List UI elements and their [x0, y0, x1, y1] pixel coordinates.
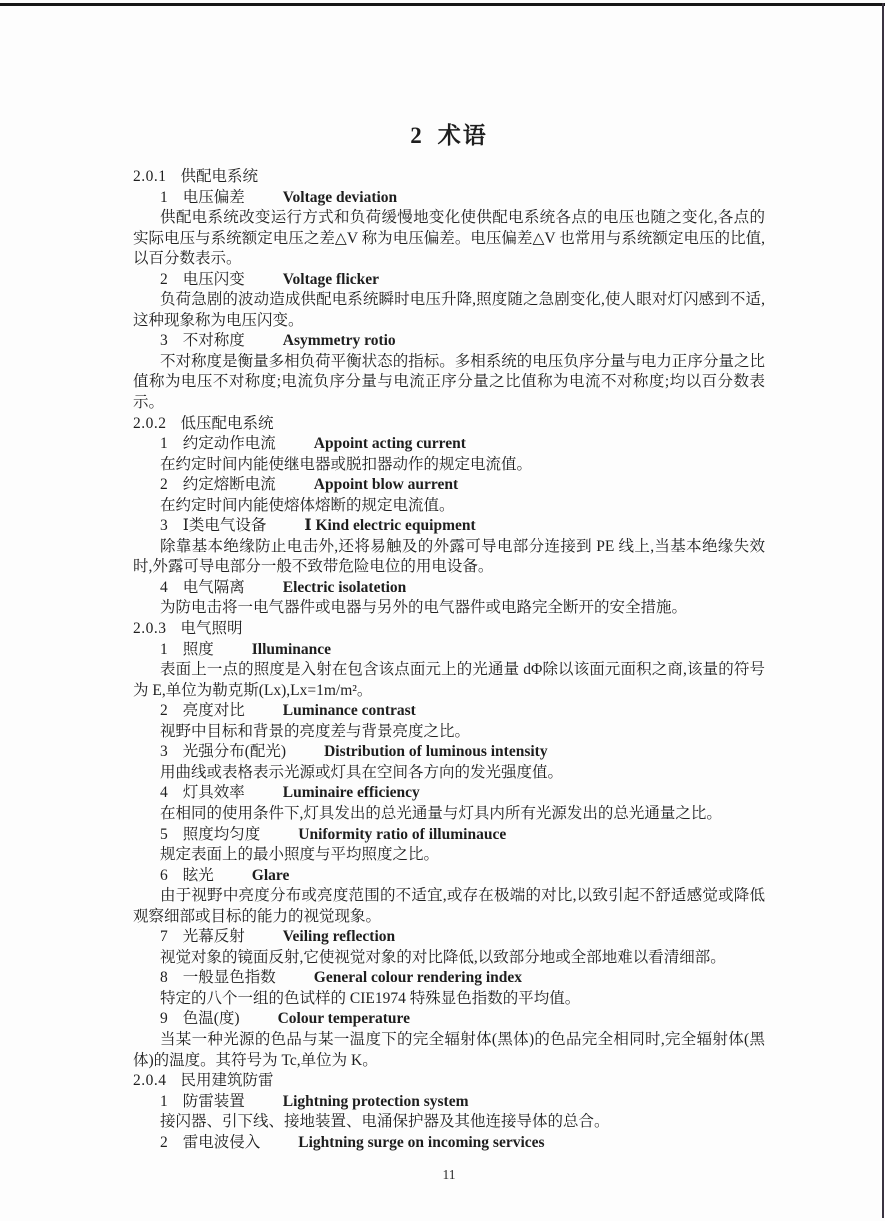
term-heading: 4灯具效率Luminaire efficiency: [133, 783, 765, 804]
term-name-zh: 光强分布(配光): [183, 743, 286, 760]
term-name-zh: 眩光: [183, 867, 214, 884]
term-definition: 供配电系统改变运行方式和负荷缓慢地变化使供配电系统各点的电压也随之变化,各点的实…: [133, 208, 765, 270]
term-number: 8: [160, 969, 168, 986]
term-definition: 在约定时间内能使继电器或脱扣器动作的规定电流值。: [133, 455, 765, 476]
term-heading: 2雷电波侵入Lightning surge on incoming servic…: [133, 1133, 765, 1154]
term-definition: 为防电击将一电气器件或电器与另外的电气器件或电路完全断开的安全措施。: [133, 598, 765, 619]
term-number: 4: [160, 579, 168, 596]
term-number: 1: [160, 641, 168, 658]
term-heading: 9色温(度)Colour temperature: [133, 1009, 765, 1030]
term-name-zh: 亮度对比: [183, 702, 245, 719]
term-definition: 在约定时间内能使熔体熔断的规定电流值。: [133, 496, 765, 517]
term-definition: 除靠基本绝缘防止电击外,还将易触及的外露可导电部分连接到 PE 线上,当基本绝缘…: [133, 537, 765, 578]
section-number: 2.0.2: [133, 415, 167, 432]
section-title: 民用建筑防雷: [181, 1072, 274, 1089]
term-name-en: Voltage flicker: [283, 271, 379, 288]
term-name-zh: 光幕反射: [183, 928, 245, 945]
term-name-en: Voltage deviation: [283, 189, 397, 206]
section-number: 2.0.4: [133, 1072, 167, 1089]
term-name-en: Lightning protection system: [283, 1093, 469, 1110]
section-heading: 2.0.2低压配电系统: [133, 414, 765, 435]
term-name-zh: 电压闪变: [183, 271, 245, 288]
term-name-en: Luminaire efficiency: [283, 784, 420, 801]
chapter-title: 术语: [438, 123, 488, 148]
term-heading: 2电压闪变Voltage flicker: [133, 270, 765, 291]
section-title: 供配电系统: [181, 168, 259, 185]
section-number: 2.0.3: [133, 620, 167, 637]
term-definition: 视野中目标和背景的亮度差与背景亮度之比。: [133, 722, 765, 743]
term-heading: 1防雷装置Lightning protection system: [133, 1092, 765, 1113]
term-number: 2: [160, 271, 168, 288]
section-heading: 2.0.3电气照明: [133, 619, 765, 640]
term-name-zh: 一般显色指数: [183, 969, 276, 986]
term-heading: 1电压偏差Voltage deviation: [133, 188, 765, 209]
term-number: 3: [160, 517, 168, 534]
term-heading: 3不对称度Asymmetry rotio: [133, 331, 765, 352]
term-number: 1: [160, 1093, 168, 1110]
term-name-en: Illuminance: [252, 641, 331, 658]
term-number: 6: [160, 867, 168, 884]
term-number: 3: [160, 743, 168, 760]
term-number: 2: [160, 1134, 168, 1151]
section-heading: 2.0.1供配电系统: [133, 167, 765, 188]
term-heading: 3光强分布(配光)Distribution of luminous intens…: [133, 742, 765, 763]
term-name-en: Appoint acting current: [314, 435, 466, 452]
term-number: 5: [160, 826, 168, 843]
term-name-en: General colour rendering index: [314, 969, 522, 986]
scan-top-edge: [0, 3, 885, 6]
term-name-en: Asymmetry rotio: [283, 332, 396, 349]
term-name-zh: 色温(度): [183, 1010, 240, 1027]
term-heading: 2约定熔断电流Appoint blow aurrent: [133, 475, 765, 496]
term-heading: 2亮度对比Luminance contrast: [133, 701, 765, 722]
section-title: 低压配电系统: [181, 415, 274, 432]
term-heading: 3Ⅰ类电气设备Ⅰ Kind electric equipment: [133, 516, 765, 537]
term-name-zh: 约定熔断电流: [183, 476, 276, 493]
term-name-en: Glare: [252, 867, 290, 884]
document-page: 2术语 2.0.1供配电系统 1电压偏差Voltage deviation 供配…: [0, 0, 885, 1221]
chapter-heading: 2术语: [133, 117, 765, 150]
term-definition: 规定表面上的最小照度与平均照度之比。: [133, 845, 765, 866]
term-name-zh: 防雷装置: [183, 1093, 245, 1110]
term-number: 1: [160, 435, 168, 452]
term-number: 2: [160, 476, 168, 493]
term-definition: 在相同的使用条件下,灯具发出的总光通量与灯具内所有光源发出的总光通量之比。: [133, 804, 765, 825]
term-name-zh: 约定动作电流: [183, 435, 276, 452]
term-heading: 6眩光Glare: [133, 866, 765, 887]
chapter-number: 2: [410, 123, 422, 148]
term-name-zh: 照度均匀度: [183, 826, 261, 843]
term-number: 7: [160, 928, 168, 945]
term-number: 2: [160, 702, 168, 719]
page-footer: 11: [133, 1167, 765, 1183]
term-name-zh: 不对称度: [183, 332, 245, 349]
term-name-en: Uniformity ratio of illuminauce: [298, 826, 506, 843]
term-definition: 不对称度是衡量多相负荷平衡状态的指标。多相系统的电压负序分量与电力正序分量之比值…: [133, 352, 765, 414]
term-number: 9: [160, 1010, 168, 1027]
term-name-zh: 灯具效率: [183, 784, 245, 801]
term-heading: 7光幕反射Veiling reflection: [133, 927, 765, 948]
term-name-zh: 照度: [183, 641, 214, 658]
section-number: 2.0.1: [133, 168, 167, 185]
term-definition: 特定的八个一组的色试样的 CIE1974 特殊显色指数的平均值。: [133, 989, 765, 1010]
term-name-en: Ⅰ Kind electric equipment: [304, 517, 475, 534]
term-definition: 视觉对象的镜面反射,它使视觉对象的对比降低,以致部分地或全部地难以看清细部。: [133, 948, 765, 969]
term-name-en: Appoint blow aurrent: [314, 476, 458, 493]
section-heading: 2.0.4民用建筑防雷: [133, 1071, 765, 1092]
term-definition: 接闪器、引下线、接地装置、电涌保护器及其他连接导体的总合。: [133, 1112, 765, 1133]
term-heading: 4电气隔离Electric isolatetion: [133, 578, 765, 599]
section-title: 电气照明: [181, 620, 243, 637]
term-number: 3: [160, 332, 168, 349]
page-number: 11: [443, 1167, 456, 1182]
term-heading: 1照度Illuminance: [133, 640, 765, 661]
term-definition: 负荷急剧的波动造成供配电系统瞬时电压升降,照度随之急剧变化,使人眼对灯闪感到不适…: [133, 290, 765, 331]
term-name-en: Lightning surge on incoming services: [298, 1134, 544, 1151]
term-name-en: Distribution of luminous intensity: [324, 743, 548, 760]
term-definition: 当某一种光源的色品与某一温度下的完全辐射体(黑体)的色品完全相同时,完全辐射体(…: [133, 1030, 765, 1071]
scan-right-edge: [882, 3, 884, 1218]
term-number: 1: [160, 189, 168, 206]
term-number: 4: [160, 784, 168, 801]
term-heading: 8一般显色指数General colour rendering index: [133, 968, 765, 989]
term-name-zh: Ⅰ类电气设备: [183, 517, 267, 534]
term-definition: 用曲线或表格表示光源或灯具在空间各方向的发光强度值。: [133, 763, 765, 784]
terminology-content: 2.0.1供配电系统 1电压偏差Voltage deviation 供配电系统改…: [133, 167, 765, 1153]
term-name-zh: 雷电波侵入: [183, 1134, 261, 1151]
term-name-en: Luminance contrast: [283, 702, 416, 719]
term-name-zh: 电压偏差: [183, 189, 245, 206]
term-name-en: Veiling reflection: [283, 928, 395, 945]
term-name-en: Colour temperature: [278, 1010, 410, 1027]
term-name-zh: 电气隔离: [183, 579, 245, 596]
term-definition: 表面上一点的照度是入射在包含该点面元上的光通量 dΦ除以该面元面积之商,该量的符…: [133, 660, 765, 701]
term-heading: 5照度均匀度Uniformity ratio of illuminauce: [133, 825, 765, 846]
term-name-en: Electric isolatetion: [283, 579, 407, 596]
term-heading: 1约定动作电流Appoint acting current: [133, 434, 765, 455]
term-definition: 由于视野中亮度分布或亮度范围的不适宜,或存在极端的对比,以致引起不舒适感觉或降低…: [133, 886, 765, 927]
